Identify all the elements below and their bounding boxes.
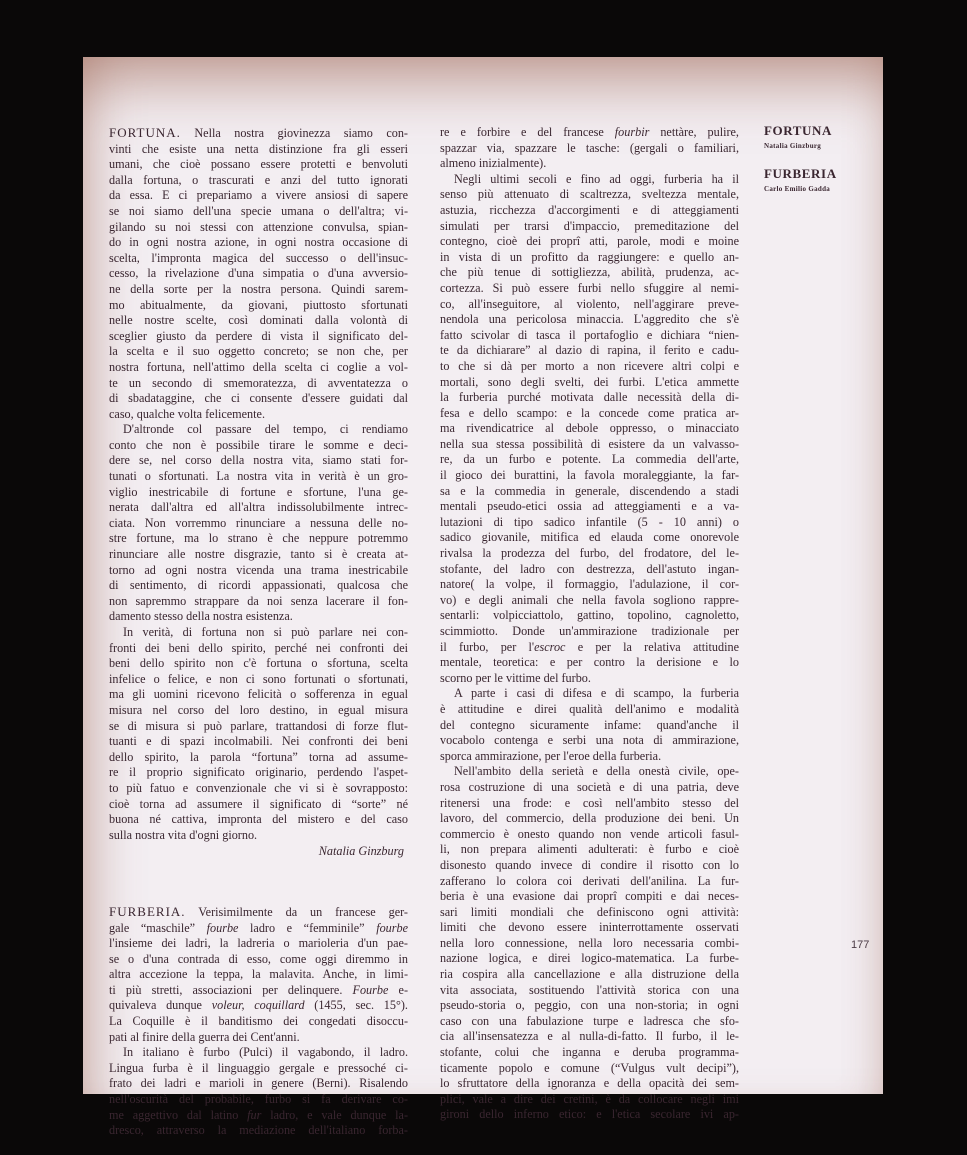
text-line: spazzar via, spazzare le tasche: (gergal… bbox=[440, 141, 739, 157]
text-line: vocabolo contenga e serbi una nota di am… bbox=[440, 733, 739, 749]
text-line: ne della sorte per la nostra persona. Qu… bbox=[109, 282, 408, 298]
text-line: lo sfruttatore della ignoranza e della o… bbox=[440, 1076, 739, 1092]
text-line: vinti che esiste una netta distinzione f… bbox=[109, 142, 408, 158]
text-line: ma rivendicatrice al debole oppresso, o … bbox=[440, 421, 739, 437]
left-column: FORTUNA. Nella nostra giovinezza siamo c… bbox=[109, 125, 408, 1139]
text-line: senso più attenuato di scaltrezza, svelt… bbox=[440, 187, 739, 203]
text-line: simulati per trarsi d'impaccio, premedit… bbox=[440, 219, 739, 235]
text-line: nazione logica, e direi logico-matematic… bbox=[440, 951, 739, 967]
text-line: misura nel corso del loro destino, in eg… bbox=[109, 703, 408, 719]
text-line: dresco, attraverso la mediazione dell'it… bbox=[109, 1123, 408, 1139]
text-line: ticamente popolo e comune (“Vulgus vult … bbox=[440, 1061, 739, 1077]
text-line: gilando su noi stessi con attenzione con… bbox=[109, 220, 408, 236]
text-line: rosa costruzione di una società e di una… bbox=[440, 780, 739, 796]
book-page: FORTUNA. Nella nostra giovinezza siamo c… bbox=[83, 57, 883, 1094]
text-line: torno ad ogni nostra vicenda una trama i… bbox=[109, 563, 408, 579]
text-line: che più tenue di sottigliezza, abilità, … bbox=[440, 265, 739, 281]
text-line: A parte i casi di difesa e di scampo, la… bbox=[440, 686, 739, 702]
text-line: stofante, colui che inganna e deruba pro… bbox=[440, 1045, 739, 1061]
text-line: viglio inestricabile di fortune e sfortu… bbox=[109, 485, 408, 501]
text-line: stre fortune, ma lo strano è che neppure… bbox=[109, 531, 408, 547]
text-line: re il proprio significato originario, pe… bbox=[109, 765, 408, 781]
text-line: il gioco dei burattini, la favola morale… bbox=[440, 468, 739, 484]
text-line: conto che non è possibile tirare le somm… bbox=[109, 438, 408, 454]
text-line: è attitudine e direi qualità dell'animo … bbox=[440, 702, 739, 718]
text-line: mo abitualmente, da giovani, piuttosto s… bbox=[109, 298, 408, 314]
text-line: almeno inizialmente). bbox=[440, 156, 739, 172]
text-line: altra accezione la teppa, la malavita. A… bbox=[109, 967, 408, 983]
text-line: Negli ultimi secoli e fino ad oggi, furb… bbox=[440, 172, 739, 188]
text-line: rinunciare alle nostre disgrazie, tanto … bbox=[109, 547, 408, 563]
text-line: dello spirito, la parola “fortuna” torna… bbox=[109, 750, 408, 766]
text-line: dalla fortuna, o trascurati e anzi del t… bbox=[109, 173, 408, 189]
sidebar-entry-fortuna: FORTUNA Natalia Ginzburg bbox=[764, 123, 874, 150]
page-number: 177 bbox=[851, 939, 869, 951]
text-line: sentarli: volpicciattolo, gattino, topol… bbox=[440, 608, 739, 624]
text-line: caso, qualche volta felicemente. bbox=[109, 407, 408, 423]
text-line: scelta, l'impronta magica del successo o… bbox=[109, 251, 408, 267]
sidebar-author: Carlo Emilio Gadda bbox=[764, 185, 874, 193]
text-line: sulla nostra vita d'ogni giorno. bbox=[109, 828, 408, 844]
text-line: plici, vale a dire dei cretini, è da col… bbox=[440, 1092, 739, 1108]
text-line: umani, che cioè possano essere protetti … bbox=[109, 157, 408, 173]
sidebar-title: FORTUNA bbox=[764, 123, 874, 139]
text-line: sceglier giusto da perdere di vista il s… bbox=[109, 329, 408, 345]
text-line: fesa e dello scampo: e la concede come p… bbox=[440, 406, 739, 422]
sidebar-entry-furberia: FURBERIA Carlo Emilio Gadda bbox=[764, 166, 874, 193]
text-line: ritenersi una frode: e così nell'ambito … bbox=[440, 796, 739, 812]
text-line: sari limiti mondiali che definiscono ogn… bbox=[440, 905, 739, 921]
text-line: caso con una fabulazione turpe e ladresc… bbox=[440, 1014, 739, 1030]
text-line: pseudo-storia o, peggio, con una non-sto… bbox=[440, 998, 739, 1014]
text-line: beria è una evasione dai proprî compiti … bbox=[440, 889, 739, 905]
text-line: In italiano è furbo (Pulci) il vagabondo… bbox=[109, 1045, 408, 1061]
text-line: to che si dà per morto a non ricevere al… bbox=[440, 359, 739, 375]
text-line: vo) e degli animali che nella favola sog… bbox=[440, 593, 739, 609]
text-line: zafferano lo colora coi derivati dell'an… bbox=[440, 874, 739, 890]
text-line: nell'oscurità del probabile, furbo si fa… bbox=[109, 1092, 408, 1108]
text-line: cortezza. Si può essere furbi nello sfug… bbox=[440, 281, 739, 297]
text-line: del contegno sicuramente infame: quand'a… bbox=[440, 718, 739, 734]
text-line: cia all'insensatezza e al nulla-di-fatto… bbox=[440, 1029, 739, 1045]
text-line: mentale, teoretica: e per contro la deri… bbox=[440, 655, 739, 671]
text-line: limiti che devono essere ininterrottamen… bbox=[440, 920, 739, 936]
text-line: to più fatuo e convenzionale che vi si è… bbox=[109, 781, 408, 797]
entry-heading-line: FORTUNA. Nella nostra giovinezza siamo c… bbox=[109, 125, 408, 142]
text-line: tuanti e di spazi incolmabili. Nei confr… bbox=[109, 734, 408, 750]
text-line: lavoro, del commercio, della produzione … bbox=[440, 811, 739, 827]
sidebar-title: FURBERIA bbox=[764, 166, 874, 182]
text-line: gironi dello inferno etico: e l'etica se… bbox=[440, 1107, 739, 1123]
text-line: l'insieme dei ladri, la ladreria o mario… bbox=[109, 936, 408, 952]
text-line: sa e la commedia in generale, discendend… bbox=[440, 484, 739, 500]
text-line: la furberia purché motivata dalle necess… bbox=[440, 390, 739, 406]
text-line: Lingua furba è il linguaggio gergale e p… bbox=[109, 1061, 408, 1077]
text-line: co, all'inseguitore, al violento, nell'a… bbox=[440, 297, 739, 313]
text-line: se di misura si può parlare, trattandosi… bbox=[109, 719, 408, 735]
text-line: nelle nostre scelte, così dominati dalla… bbox=[109, 313, 408, 329]
text-line: La Coquille è il banditismo dei congedat… bbox=[109, 1014, 408, 1030]
text-line: lutazioni di tipo sadico infantile (5 - … bbox=[440, 515, 739, 531]
text-line: buona né cattiva, impronta del mistero e… bbox=[109, 812, 408, 828]
text-line: se noi siamo dell'una specie umana o del… bbox=[109, 204, 408, 220]
text-line: fatto scivolar di tasca il portafoglio e… bbox=[440, 328, 739, 344]
text-line: natore( la volpe, il formaggio, l'adulaz… bbox=[440, 577, 739, 593]
text-line: ti più stretti, associazioni per delinqu… bbox=[109, 983, 408, 999]
text-line: pati al finire della guerra dei Cent'ann… bbox=[109, 1030, 408, 1046]
text-line: te da dichiarare” al dazio di rapina, il… bbox=[440, 343, 739, 359]
text-line: rivalsa la prodezza del furbo, del froda… bbox=[440, 546, 739, 562]
text-line: scimmiotto. Donde un'ammirazione tradizi… bbox=[440, 624, 739, 640]
text-line: ria cospira alla cancellazione e alla di… bbox=[440, 967, 739, 983]
text-line: il furbo, per l'escroc e per la relativa… bbox=[440, 640, 739, 656]
text-line: re e forbire e del francese fourbir nett… bbox=[440, 125, 739, 141]
sidebar-index: FORTUNA Natalia Ginzburg FURBERIA Carlo … bbox=[764, 123, 874, 193]
text-line: Nell'ambito della serietà e della onestà… bbox=[440, 764, 739, 780]
text-line: damento stesso della nostra esistenza. bbox=[109, 609, 408, 625]
text-line: gale “maschile” fourbe ladro e “femminil… bbox=[109, 921, 408, 937]
text-line: dere se, nel corso della nostra vita, si… bbox=[109, 453, 408, 469]
text-line: di sbadataggine, che ci consente d'esser… bbox=[109, 391, 408, 407]
text-line: se o d'una contrada di esso, come oggi d… bbox=[109, 952, 408, 968]
text-line: In verità, di fortuna non si può parlare… bbox=[109, 625, 408, 641]
text-line: ma gli uomini ricevono felicità o soffer… bbox=[109, 687, 408, 703]
text-line: astuzia, ricchezza d'accorgimenti e di a… bbox=[440, 203, 739, 219]
text-line: nendola una pericolosa minaccia. L'aggre… bbox=[440, 312, 739, 328]
text-line: quivaleva dunque voleur, coquillard (145… bbox=[109, 998, 408, 1014]
text-line: sporca ammirazione, per l'eroe della fur… bbox=[440, 749, 739, 765]
text-line: do in ogni nostra azione, in ogni nostra… bbox=[109, 235, 408, 251]
text-line: cesso, la rivelazione d'una simpatia o d… bbox=[109, 266, 408, 282]
text-line: re, da un furbo e potente. La commedia d… bbox=[440, 452, 739, 468]
text-line: da essa. E ci prepariamo a vivere ansios… bbox=[109, 188, 408, 204]
text-line: cioè torna ad assumere il significato di… bbox=[109, 797, 408, 813]
text-line: non sapremmo strappare da noi senza lace… bbox=[109, 594, 408, 610]
text-line: me aggettivo dal latino fur ladro, e val… bbox=[109, 1108, 408, 1124]
text-line: contegno, cioè dei proprî atti, parole, … bbox=[440, 234, 739, 250]
text-line: li, non prepara alimenti adulterati: è f… bbox=[440, 842, 739, 858]
entry-heading: FURBERIA. bbox=[109, 904, 186, 919]
text-line: nostra fortuna, nell'attimo della scelta… bbox=[109, 360, 408, 376]
entry-heading-line: FURBERIA. Verisimilmente da un francese … bbox=[109, 904, 408, 921]
text-line: di sentimento, di ricordi appassionati, … bbox=[109, 578, 408, 594]
text-line: beni dello spirito non c'è fortuna o sfo… bbox=[109, 656, 408, 672]
text-line: la scelta e il suo oggetto concreto; se … bbox=[109, 344, 408, 360]
middle-column: re e forbire e del francese fourbir nett… bbox=[440, 125, 739, 1123]
text-line: vita associata, sostituendo l'attività s… bbox=[440, 983, 739, 999]
entry-heading: FORTUNA. bbox=[109, 125, 181, 140]
text-line: frato dei ladri e marioli in genere (Ber… bbox=[109, 1076, 408, 1092]
text-line: te un secondo di smemoratezza, di avvent… bbox=[109, 376, 408, 392]
text-line: nerata dall'altra ed all'altra indissolu… bbox=[109, 500, 408, 516]
text-line: infelice o felice, e non ci sono fortuna… bbox=[109, 672, 408, 688]
text-line: stofante, del ladro con destrezza, dell'… bbox=[440, 562, 739, 578]
text-line: nella sua stessa possibilità di esistere… bbox=[440, 437, 739, 453]
text-line: mentali pseudo-etici ossia ad atteggiame… bbox=[440, 499, 739, 515]
text-line: scorno per le vittime del furbo. bbox=[440, 671, 739, 687]
section-gap bbox=[109, 860, 408, 904]
text-line: fronti dei beni dello spirito, perché ne… bbox=[109, 641, 408, 657]
text-line: disonesto quando invece di condire il ri… bbox=[440, 858, 739, 874]
author-signature: Natalia Ginzburg bbox=[109, 844, 408, 860]
text-line: nella loro connessione, nella loro neces… bbox=[440, 936, 739, 952]
text-line: in vista di un profitto da raggiungere: … bbox=[440, 250, 739, 266]
sidebar-author: Natalia Ginzburg bbox=[764, 142, 874, 150]
text-line: D'altronde col passare del tempo, ci ren… bbox=[109, 422, 408, 438]
text-line: tunati o sfortunati. La nostra vita in v… bbox=[109, 469, 408, 485]
text-line: mortali, sono degli svelti, dei furbi. L… bbox=[440, 375, 739, 391]
text-line: sadico giovanile, mitifica ed elauda com… bbox=[440, 530, 739, 546]
text-line: ciata. Non vorremmo rinunciare a nessuna… bbox=[109, 516, 408, 532]
text-line: commercio è onesto quando non vende arti… bbox=[440, 827, 739, 843]
